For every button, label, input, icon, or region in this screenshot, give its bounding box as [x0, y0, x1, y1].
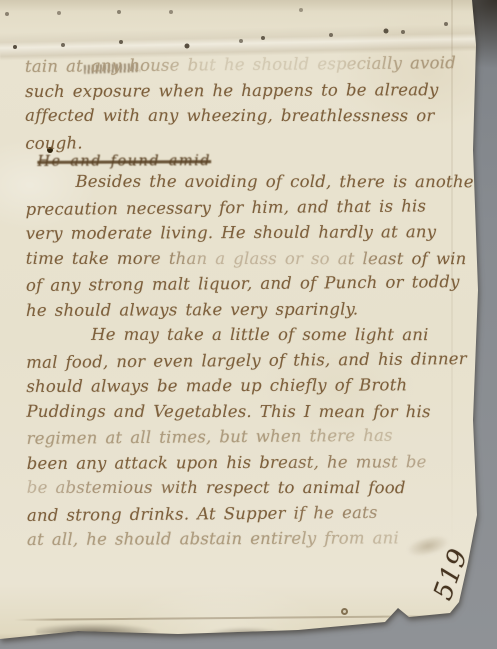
manuscript-line: tain at any house but he should especial…	[25, 50, 465, 79]
manuscript-line: regimen at all times, but when there has	[26, 422, 466, 451]
manuscript-line: of any strong malt liquor, and of Punch …	[26, 269, 466, 298]
bottom-edge-smudge-2	[200, 626, 290, 635]
manuscript-line: He may take a little of some light ani	[26, 322, 466, 348]
manuscript-line: mal food, nor even largely of this, and …	[26, 346, 466, 375]
manuscript-page: tain at any house but he should especial…	[0, 0, 497, 649]
paper-sheet: tain at any house but he should especial…	[0, 0, 497, 649]
manuscript-line: such exposure when he happens to be alre…	[25, 77, 465, 104]
manuscript-line: should always be made up chiefly of Brot…	[26, 372, 466, 399]
scanned-document-viewport: tain at any house but he should especial…	[0, 0, 497, 649]
manuscript-line: at all, he should abstain entirely from …	[27, 525, 467, 552]
manuscript-line: precaution necessary for him, and that i…	[25, 193, 465, 222]
bottom-edge-smudge	[36, 620, 196, 634]
manuscript-line: very moderate living. He should hardly a…	[26, 219, 466, 246]
worm-hole	[341, 608, 348, 615]
manuscript-line: cough.	[25, 127, 465, 156]
bottom-crease-line	[14, 615, 446, 621]
manuscript-line: affected with any wheezing, breathlessne…	[25, 103, 465, 129]
ink-speckles	[0, 0, 2, 2]
manuscript-line: Puddings and Vegetables. This I mean for…	[26, 398, 466, 424]
manuscript-text: tain at any house but he should especial…	[25, 51, 467, 552]
manuscript-line: been any attack upon his breast, he must…	[27, 449, 467, 476]
manuscript-line: and strong drinks. At Supper if he eats	[27, 499, 467, 528]
manuscript-line: he should always take very sparingly.	[26, 296, 466, 323]
manuscript-line: Besides the avoiding of cold, there is a…	[25, 169, 465, 195]
manuscript-line: be abstemious with respect to animal foo…	[27, 475, 467, 501]
manuscript-line: time take more than a glass or so at lea…	[26, 245, 466, 271]
struck-line: He and found amid	[25, 153, 465, 170]
